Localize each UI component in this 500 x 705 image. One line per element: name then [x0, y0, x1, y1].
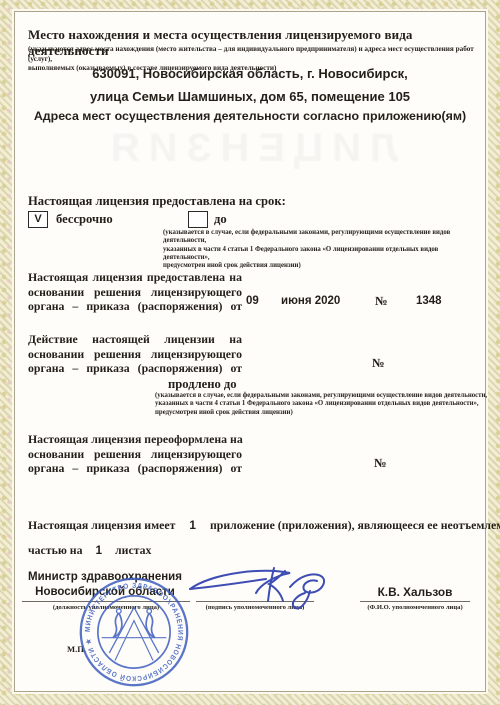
- appendix-text: частью на: [28, 543, 82, 558]
- paragraph-line: основании решения лицензирующего: [28, 347, 242, 362]
- number-sign: №: [374, 456, 387, 471]
- term-fine-print: (указывается в случае, если федеральными…: [163, 229, 485, 270]
- show-through-ghost-text: ЛИЦЕНЗИЯ: [0, 126, 500, 171]
- order-day-value: 09: [246, 295, 259, 307]
- paragraph-line: Действие настоящей лицензии на: [28, 332, 242, 347]
- checkbox-until: [188, 211, 208, 228]
- prolonged-fine-print: (указывается в случае, если федеральными…: [155, 392, 489, 417]
- checkbox-until-label: до: [214, 212, 227, 227]
- fine-print-line: (указываются адрес места нахождения (мес…: [28, 45, 480, 64]
- paragraph-line: Настоящая лицензия переоформлена на: [28, 432, 242, 447]
- ministry-round-seal: МИНИСТЕРСТВО ЗДРАВООХРАНЕНИЯ НОВОСИБИРСК…: [77, 575, 191, 689]
- appendix-sheets-value: 1: [95, 543, 102, 558]
- paragraph-line: основании решения лицензирующего: [28, 285, 242, 300]
- paragraph-line: органа – приказа (распоряжения) от: [28, 461, 242, 476]
- address-line-1: 630091, Новосибирская область, г. Новоси…: [0, 66, 500, 81]
- prolonged-label: продлено до: [168, 377, 237, 392]
- granted-paragraph: Настоящая лицензия предоставлена на осно…: [28, 270, 242, 314]
- paragraph-line: Настоящая лицензия предоставлена на: [28, 270, 242, 285]
- appendix-text: Настоящая лицензия имеет: [28, 518, 175, 533]
- fine-print-line: указанных в части 4 статьи 1 Федеральног…: [163, 246, 485, 263]
- license-document-page: Место нахождения и места осуществления л…: [0, 0, 500, 705]
- action-paragraph: Действие настоящей лицензии на основании…: [28, 332, 242, 376]
- number-sign: №: [372, 356, 385, 371]
- fine-print-line: предусмотрен иной срок действия лицензии…: [155, 409, 489, 417]
- paragraph-line: органа – приказа (распоряжения) от: [28, 299, 242, 314]
- term-section-title: Настоящая лицензия предоставлена на срок…: [28, 194, 286, 209]
- paragraph-line: основании решения лицензирующего: [28, 447, 242, 462]
- fine-print-line: (указывается в случае, если федеральными…: [155, 392, 489, 400]
- paragraph-line: органа – приказа (распоряжения) от: [28, 361, 242, 376]
- number-sign: №: [375, 294, 388, 309]
- checkbox-perpetual: V: [28, 211, 48, 228]
- reissued-paragraph: Настоящая лицензия переоформлена на осно…: [28, 432, 242, 476]
- appendix-line-2: частью на 1 листах: [28, 543, 328, 558]
- checkbox-perpetual-label: бессрочно: [56, 212, 113, 227]
- name-caption: (Ф.И.О. уполномоченного лица): [352, 604, 478, 611]
- fine-print-line: указанных в части 4 статьи 1 Федеральног…: [155, 400, 489, 408]
- appendix-count-value: 1: [189, 518, 196, 533]
- fine-print-line: (указывается в случае, если федеральными…: [163, 229, 485, 246]
- order-number-value: 1348: [416, 295, 442, 307]
- appendix-line-1: Настоящая лицензия имеет 1 приложение (п…: [28, 518, 478, 533]
- order-month-year-value: июня 2020: [281, 295, 340, 307]
- name-underline: [360, 601, 470, 602]
- address-line-3: Адреса мест осуществления деятельности с…: [0, 109, 500, 123]
- signer-name: К.В. Хальзов: [360, 585, 470, 599]
- appendix-text: листах: [115, 543, 151, 558]
- signature-ink-icon: [186, 563, 336, 615]
- appendix-text: приложение (приложения), являющееся ее н…: [210, 518, 500, 533]
- address-line-2: улица Семьи Шамшиных, дом 65, помещение …: [0, 89, 500, 104]
